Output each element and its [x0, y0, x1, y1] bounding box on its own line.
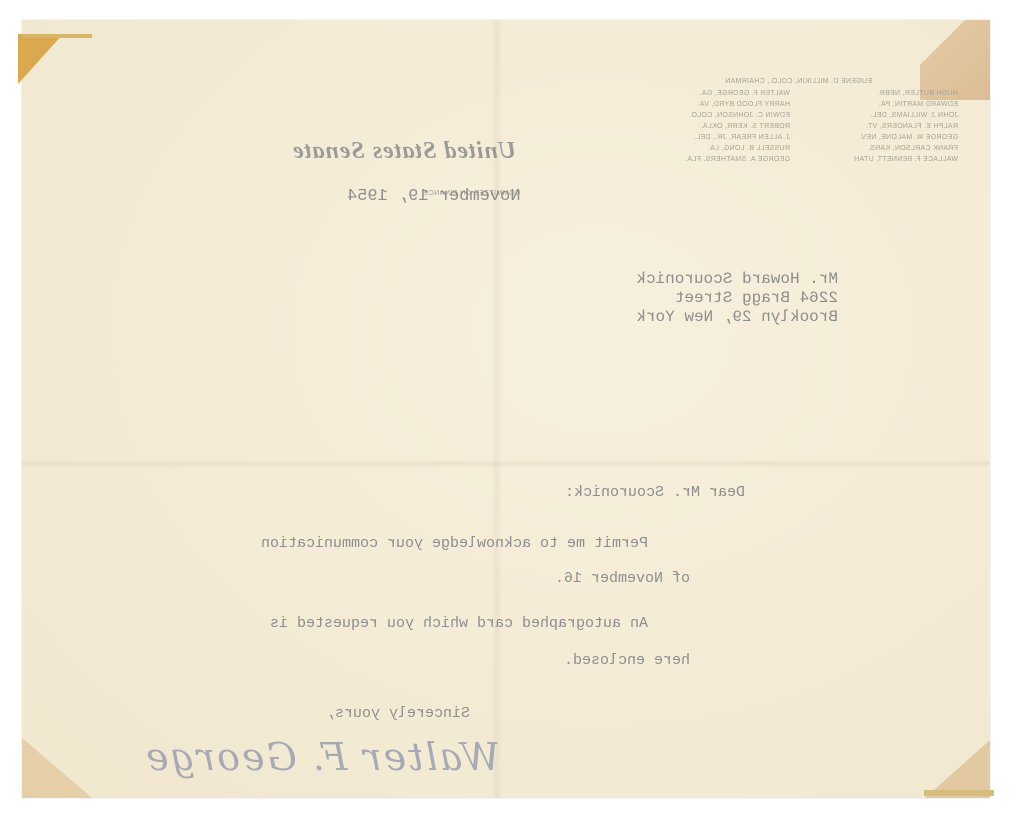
photo-corner-top-left — [18, 34, 63, 84]
committee-roster: EUGENE D. MILLIKIN, COLO., CHAIRMAN HUGH… — [628, 76, 968, 176]
photo-corner-top-left-edge — [22, 34, 92, 38]
members-column-right: WALTER F. GEORGE, GA. HARRY FLOOD BYRD, … — [685, 88, 790, 165]
members-column-left: HUGH BUTLER, NEBR. EDWARD MARTIN, PA. JO… — [854, 88, 958, 165]
senate-title: United States Senate — [292, 138, 516, 165]
photo-corner-bottom-right-edge — [924, 790, 994, 796]
recipient-address: Mr. Howard Scouronick 2264 Bragg Street … — [538, 270, 838, 327]
recipient-city: Brooklyn 29, New York — [538, 308, 838, 327]
body-line-2: of November 16. — [540, 569, 690, 587]
letterhead: United States Senate — [236, 138, 572, 165]
recipient-street: 2264 Bragg Street — [538, 289, 838, 308]
salutation: Dear Mr. Scouronick: — [545, 483, 745, 501]
body-line-4: here enclosed. — [540, 651, 690, 669]
letter-date: November 19, 1954 — [290, 187, 520, 206]
signature: Walter F. George — [80, 735, 500, 779]
body-line-3: An autographed card which you requested … — [128, 614, 688, 632]
body-line-1: Permit me to acknowledge your communicat… — [128, 534, 688, 552]
closing: Sincerely yours, — [270, 704, 470, 722]
recipient-name: Mr. Howard Scouronick — [538, 270, 838, 289]
chairman-line: EUGENE D. MILLIKIN, COLO., CHAIRMAN — [725, 76, 872, 87]
handwritten-signature: Walter F. George — [144, 735, 500, 779]
